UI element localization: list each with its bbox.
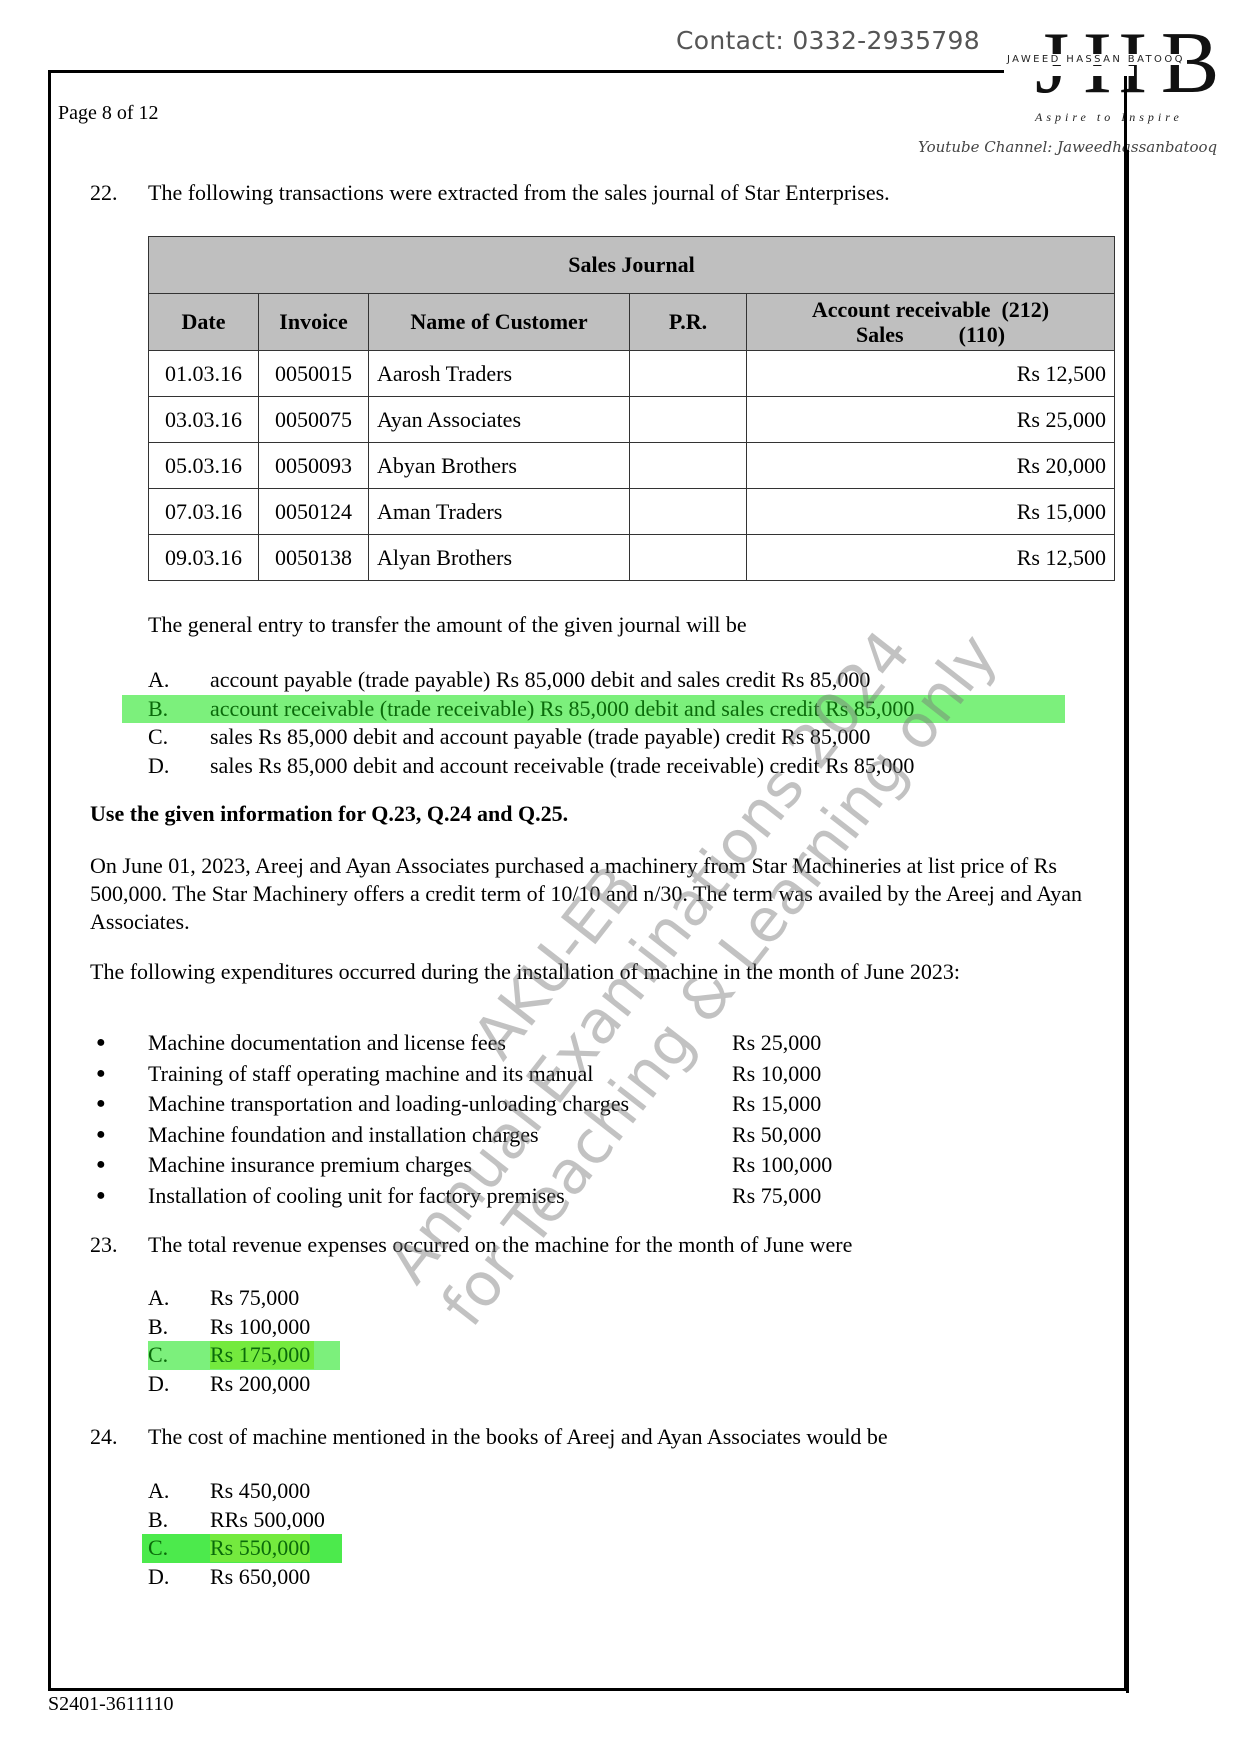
option-a[interactable]: A. account payable (trade payable) Rs 85… <box>148 666 1065 695</box>
option-text: sales Rs 85,000 debit and account payabl… <box>210 723 870 751</box>
option-letter: D. <box>148 1563 169 1591</box>
expenditure-label: Machine insurance premium charges <box>148 1150 472 1180</box>
expenditure-label: Machine foundation and installation char… <box>148 1120 539 1150</box>
cell-invoice: 0050093 <box>259 443 369 489</box>
frame-gap <box>1004 66 1134 76</box>
cell-invoice: 0050138 <box>259 535 369 581</box>
journal-title: Sales Journal <box>149 237 1115 294</box>
bullet-icon: ● <box>96 1181 106 1211</box>
cell-pr <box>630 397 747 443</box>
question-23-options: A. Rs 75,000 B. Rs 100,000 C. Rs 175,000… <box>148 1284 340 1398</box>
option-text: sales Rs 85,000 debit and account receiv… <box>210 752 914 780</box>
option-a[interactable]: A. Rs 450,000 <box>148 1477 342 1506</box>
option-b[interactable]: B. RRs 500,000 <box>148 1506 342 1535</box>
contact-number: Contact: 0332-2935798 <box>676 26 980 55</box>
right-border-rule <box>1126 150 1129 1693</box>
bullet-icon: ● <box>96 1059 106 1089</box>
option-c-highlighted[interactable]: C. Rs 550,000 <box>142 1534 342 1563</box>
question-22-options: A. account payable (trade payable) Rs 85… <box>148 666 1065 780</box>
option-text: RRs 500,000 <box>210 1506 325 1534</box>
cell-amount: Rs 12,500 <box>747 535 1115 581</box>
table-row: 05.03.16 0050093 Abyan Brothers Rs 20,00… <box>149 443 1115 489</box>
question-24-number: 24. <box>90 1424 118 1450</box>
option-text: account payable (trade payable) Rs 85,00… <box>210 666 870 694</box>
option-text: Rs 450,000 <box>210 1477 310 1505</box>
cell-amount: Rs 15,000 <box>747 489 1115 535</box>
expenditure-label: Machine transportation and loading-unloa… <box>148 1089 629 1119</box>
option-text: Rs 550,000 <box>210 1534 310 1562</box>
option-text: Rs 650,000 <box>210 1563 310 1591</box>
expenditures-intro: The following expenditures occurred duri… <box>90 958 1110 986</box>
expenditure-label: Machine documentation and license fees <box>148 1028 506 1058</box>
option-letter: C. <box>148 1341 168 1369</box>
cell-customer: Ayan Associates <box>369 397 630 443</box>
page-number: Page 8 of 12 <box>58 102 159 125</box>
cell-pr <box>630 489 747 535</box>
cell-amount: Rs 20,000 <box>747 443 1115 489</box>
bullet-icon: ● <box>96 1120 106 1150</box>
option-letter: D. <box>148 1370 169 1398</box>
info-heading: Use the given information for Q.23, Q.24… <box>90 800 1110 828</box>
option-letter: A. <box>148 666 169 694</box>
cell-invoice: 0050015 <box>259 351 369 397</box>
col-amount-line2: Sales (110) <box>748 322 1113 347</box>
cell-customer: Aarosh Traders <box>369 351 630 397</box>
option-text: account receivable (trade receivable) Rs… <box>210 695 914 723</box>
option-d[interactable]: D. Rs 200,000 <box>148 1370 340 1399</box>
logo-name: JAWEED HASSAN BATOOQ <box>1005 54 1187 65</box>
col-invoice: Invoice <box>259 294 369 351</box>
bullet-icon: ● <box>96 1089 106 1119</box>
cell-date: 07.03.16 <box>149 489 259 535</box>
col-customer: Name of Customer <box>369 294 630 351</box>
bullet-icon: ● <box>96 1150 106 1180</box>
question-24-options: A. Rs 450,000 B. RRs 500,000 C. Rs 550,0… <box>148 1477 342 1591</box>
option-a[interactable]: A. Rs 75,000 <box>148 1284 340 1313</box>
expenditure-amount: Rs 100,000 <box>732 1150 832 1180</box>
sales-journal-table: Sales Journal Date Invoice Name of Custo… <box>148 236 1115 581</box>
option-letter: B. <box>148 1506 168 1534</box>
expenditure-amount: Rs 50,000 <box>732 1120 821 1150</box>
option-b-highlighted[interactable]: B. account receivable (trade receivable)… <box>122 695 1065 724</box>
question-23-number: 23. <box>90 1232 118 1258</box>
cell-pr <box>630 535 747 581</box>
option-text: Rs 200,000 <box>210 1370 310 1398</box>
option-letter: A. <box>148 1284 169 1312</box>
cell-date: 09.03.16 <box>149 535 259 581</box>
table-row: 09.03.16 0050138 Alyan Brothers Rs 12,50… <box>149 535 1115 581</box>
option-letter: B. <box>148 1313 168 1341</box>
cell-invoice: 0050124 <box>259 489 369 535</box>
option-d[interactable]: D. Rs 650,000 <box>148 1563 342 1592</box>
cell-customer: Abyan Brothers <box>369 443 630 489</box>
option-d[interactable]: D. sales Rs 85,000 debit and account rec… <box>148 752 1065 781</box>
expenditure-amount: Rs 75,000 <box>732 1181 821 1211</box>
expenditure-amount: Rs 25,000 <box>732 1028 821 1058</box>
option-text: Rs 100,000 <box>210 1313 310 1341</box>
expenditure-amount: Rs 10,000 <box>732 1059 821 1089</box>
cell-pr <box>630 443 747 489</box>
table-row: 03.03.16 0050075 Ayan Associates Rs 25,0… <box>149 397 1115 443</box>
cell-date: 03.03.16 <box>149 397 259 443</box>
question-22-number: 22. <box>90 180 118 206</box>
option-letter: C. <box>148 1534 168 1562</box>
expenditure-label: Installation of cooling unit for factory… <box>148 1181 565 1211</box>
expenditure-amount: Rs 15,000 <box>732 1089 821 1119</box>
expenditure-label: Training of staff operating machine and … <box>148 1059 593 1089</box>
option-letter: D. <box>148 752 169 780</box>
info-paragraph: On June 01, 2023, Areej and Ayan Associa… <box>90 852 1110 936</box>
question-22-stem: The general entry to transfer the amount… <box>148 612 747 638</box>
col-pr: P.R. <box>630 294 747 351</box>
option-letter: A. <box>148 1477 169 1505</box>
option-letter: B. <box>148 695 168 723</box>
footer-code: S2401-3611110 <box>48 1693 174 1716</box>
option-b[interactable]: B. Rs 100,000 <box>148 1313 340 1342</box>
cell-amount: Rs 25,000 <box>747 397 1115 443</box>
question-24-text: The cost of machine mentioned in the boo… <box>148 1424 888 1450</box>
option-letter: C. <box>148 723 168 751</box>
cell-customer: Alyan Brothers <box>369 535 630 581</box>
cell-invoice: 0050075 <box>259 397 369 443</box>
cell-date: 01.03.16 <box>149 351 259 397</box>
cell-amount: Rs 12,500 <box>747 351 1115 397</box>
cell-pr <box>630 351 747 397</box>
option-c-highlighted[interactable]: C. Rs 175,000 <box>148 1341 340 1370</box>
bullet-icon: ● <box>96 1028 106 1058</box>
cell-customer: Aman Traders <box>369 489 630 535</box>
option-c[interactable]: C. sales Rs 85,000 debit and account pay… <box>148 723 1065 752</box>
option-text: Rs 75,000 <box>210 1284 299 1312</box>
option-text: Rs 175,000 <box>210 1341 314 1369</box>
col-amount: Account receivable (212) Sales (110) <box>747 294 1115 351</box>
table-row: 01.03.16 0050015 Aarosh Traders Rs 12,50… <box>149 351 1115 397</box>
col-date: Date <box>149 294 259 351</box>
table-row: 07.03.16 0050124 Aman Traders Rs 15,000 <box>149 489 1115 535</box>
cell-date: 05.03.16 <box>149 443 259 489</box>
question-23-text: The total revenue expenses occurred on t… <box>148 1232 852 1258</box>
question-22-text: The following transactions were extracte… <box>148 180 890 206</box>
col-amount-line1: Account receivable (212) <box>748 297 1113 322</box>
